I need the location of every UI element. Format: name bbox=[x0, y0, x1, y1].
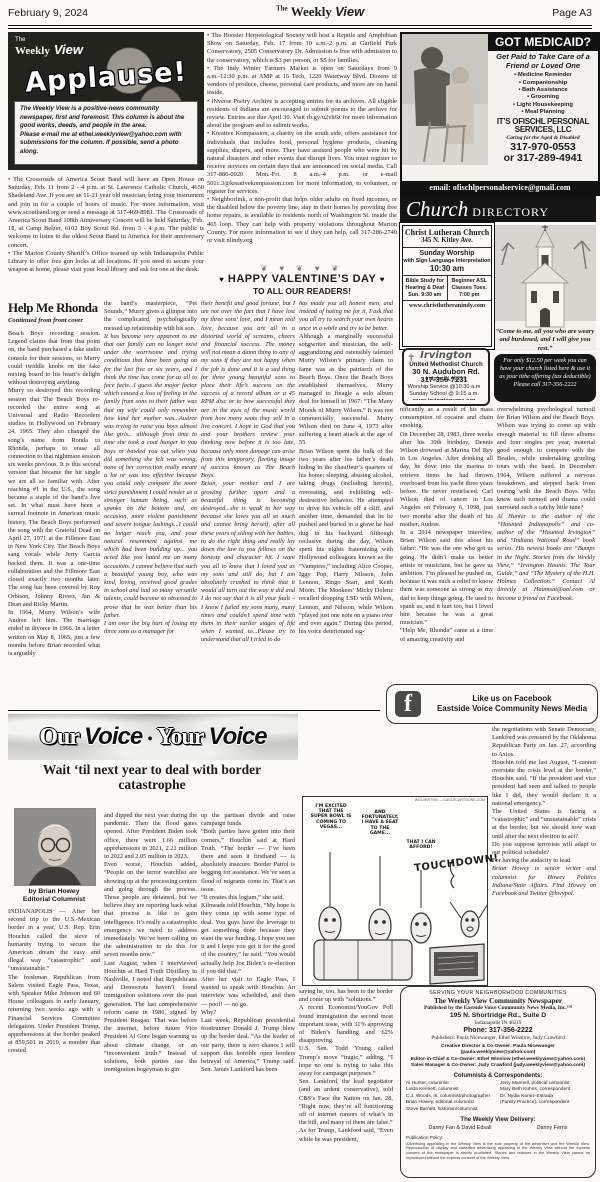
rhonda-col2-letter: It has become very apparent to me that o… bbox=[104, 333, 197, 637]
masthead-published: Published by the Eastside Voice Communit… bbox=[406, 1005, 590, 1012]
church-directory-header: Church DIRECTORY bbox=[400, 196, 596, 222]
columnists-right: Jerry Mannell, political cartoonist Mary… bbox=[500, 1081, 590, 1114]
church-directory: Church DIRECTORY “Come to me, all you wh… bbox=[400, 196, 596, 402]
tithe-ad-box: For only $12.50 per week you can have yo… bbox=[494, 354, 596, 402]
masthead-publishers: Publishers: Paula Nicewanger, Ethel Wins… bbox=[406, 1035, 590, 1042]
masthead-serving: SERVING YOUR NEIGHBORHOOD COMMUNITIES bbox=[406, 990, 590, 997]
masthead-title: The Weekly View bbox=[276, 4, 364, 20]
irvington-extra: 317-356-7231 Worship Service @10:30 a.m … bbox=[402, 348, 486, 400]
masthead-policy-head: Publication Policy: bbox=[406, 1135, 590, 1140]
community-notices: • The Hoosier Herpetological Society wil… bbox=[207, 32, 397, 262]
applause-logo-weekly: Weekly bbox=[15, 45, 50, 57]
irvington-website: www.irvingtonumc.org bbox=[402, 398, 486, 400]
flourish-hearts-icon: ❦ ♥ ❦ ♥ ❦ bbox=[207, 264, 397, 273]
delivery-names-2: Danny Ferris bbox=[537, 1125, 568, 1132]
ad-email: email: ofischlpersonalservice@gmail.com bbox=[402, 181, 598, 194]
howey-col5-body: the negotiations with Senate Democrats, … bbox=[492, 726, 596, 865]
newspaper-page: February 9, 2024 The Weekly View Page A3… bbox=[0, 0, 600, 1182]
church-header-caps: DIRECTORY bbox=[472, 205, 549, 219]
page-number: Page A3 bbox=[552, 7, 592, 19]
masthead-the: The bbox=[276, 5, 288, 13]
columnists-left: Al Hunter, columnist Linda Kennett, colu… bbox=[406, 1081, 496, 1114]
ad-company: IT’S OFISCHL PERSONAL SERVICES, LLC bbox=[490, 118, 596, 135]
scripture-text: “Come to me, all you who are weary and b… bbox=[496, 328, 595, 352]
howey-byline: by Brian Howey Editorial Columnist bbox=[8, 888, 100, 904]
masthead-owners: Creative Director & Co-Owner: Paula Nice… bbox=[406, 1044, 590, 1070]
masthead-delivery-head: The Weekly View Delivery: bbox=[406, 1116, 590, 1125]
masthead-phone: Phone: 317-356-2222 bbox=[406, 1026, 590, 1035]
facebook-box: f Like us on Facebook Eastside Voice Com… bbox=[386, 684, 598, 724]
voice-your: Your bbox=[157, 724, 204, 750]
lutheran-name: Christ Lutheran Church bbox=[403, 228, 491, 237]
facebook-line2: Eastside Voice Community News Media bbox=[427, 704, 597, 714]
facebook-text: Like us on Facebook Eastside Voice Commu… bbox=[427, 694, 597, 714]
facebook-icon: f bbox=[395, 691, 421, 717]
howey-portrait-art bbox=[15, 809, 95, 885]
masthead-columnists: Al Hunter, columnist Linda Kennett, colu… bbox=[406, 1081, 590, 1114]
ad-tagline: Get Paid to Take Care of a Friend or Lov… bbox=[490, 53, 596, 70]
rhonda-col2-intro: the band’s masterpiece, “Pet Sounds,” Mu… bbox=[104, 300, 197, 333]
valentine-title-text: HAPPY VALENTINE’S DAY bbox=[228, 273, 376, 285]
applause-box: The Weekly View Applause! The Weekly Vie… bbox=[8, 32, 204, 170]
editorial-cartoon: WOLVERTON — CAGLECARTOONS.COM I’m excite… bbox=[302, 790, 488, 986]
rhonda-col-3: their benefit and good fortune, but I am… bbox=[201, 300, 295, 702]
howey-signature: Brian Howey is senior writer and columni… bbox=[492, 865, 596, 898]
irvington-worship-time: Worship Service @10:30 a.m bbox=[402, 384, 486, 391]
howey-photo bbox=[14, 808, 96, 886]
howey-col-4: saying he, too, has been to the border a… bbox=[299, 988, 393, 1180]
voice-voice1: Voice bbox=[84, 723, 142, 750]
masthead-policy: Advertising appearing in the Weekly View… bbox=[406, 1142, 590, 1161]
heart-icon: ♥ bbox=[219, 275, 224, 284]
rhonda-continued: Continued from front cover bbox=[8, 317, 102, 324]
valentine-subtitle: TO ALL OUR READERS! bbox=[207, 286, 397, 296]
masthead-address: 195 N. Shortridge Rd., Suite D bbox=[406, 1012, 590, 1020]
applause-items: • The Crossroads of America Scout Band w… bbox=[8, 176, 204, 300]
rhonda-col-6: overwhelming psychological turmoil for B… bbox=[497, 406, 595, 678]
heart-icon: ♥ bbox=[380, 275, 385, 284]
cartoon-bubble-3: That I can afford! bbox=[404, 840, 438, 850]
masthead-view: View bbox=[335, 4, 364, 19]
lutheran-website: www.christlutheranindy.com bbox=[403, 301, 491, 310]
rhonda-col-2: the band’s masterpiece, “Pet Sounds,” Mu… bbox=[104, 300, 197, 702]
rhonda-col-1: Beach Boys recording session. Legend cla… bbox=[8, 330, 100, 702]
valentine-banner: ❦ ♥ ❦ ♥ ❦ ♥ HAPPY VALENTINE’S DAY ♥ TO A… bbox=[207, 264, 397, 302]
lutheran-address: 345 N. Kitley Ave. bbox=[403, 237, 491, 248]
applause-intro: The Weekly View is a positive-news commu… bbox=[14, 101, 198, 165]
section-rule bbox=[8, 710, 380, 711]
caregiver-photo bbox=[402, 34, 488, 181]
irvington-school-time: Sunday School @ 9:15 a.m. bbox=[402, 391, 486, 398]
rhonda-headline: Help Me Rhonda bbox=[8, 300, 102, 315]
lutheran-bible-study: Bible Study for Hearing & Deaf Sun. 9:30… bbox=[403, 276, 448, 300]
caregiver-photo-art bbox=[402, 34, 488, 165]
ad-body: Get Paid to Take Care of a Friend or Lov… bbox=[490, 53, 596, 180]
howey-col-3: up the partisan divide and raise campaig… bbox=[201, 812, 295, 1180]
issue-date: February 9, 2024 bbox=[8, 7, 88, 19]
our-voice-banner: Our Voice • Your Voice bbox=[8, 714, 298, 760]
cartoon-bubble-1: I’m excited that the Super Bowl is comin… bbox=[310, 804, 352, 830]
rhonda-col6-intro: overwhelming psychological turmoil for B… bbox=[497, 406, 595, 513]
rhonda-col6-bio: Al Hunter is the author of the “Haunted … bbox=[497, 513, 595, 603]
facebook-line1: Like us on Facebook bbox=[427, 694, 597, 704]
howey-col-1: INDIANAPOLIS — After her second trip to … bbox=[8, 908, 100, 1180]
irvington-phone: 317-356-7231 bbox=[402, 376, 486, 384]
christ-lutheran-listing: Christ Lutheran Church 345 N. Kitley Ave… bbox=[402, 225, 492, 347]
our-voice-title: Our Voice • Your Voice bbox=[8, 714, 298, 760]
rhonda-col4-body: Although a marginally successful songwri… bbox=[299, 333, 393, 637]
ad-bullets: • Medicine Reminder • Companionship • Ba… bbox=[490, 72, 596, 116]
cartoon-credit: WOLVERTON — CAGLECARTOONS.COM bbox=[415, 798, 485, 802]
ad-phone-2: or 317-289-4941 bbox=[490, 153, 596, 165]
header-rule bbox=[8, 25, 592, 29]
masthead-delivery: Danny Fan & David Edsall Danny Ferris bbox=[406, 1125, 590, 1132]
masthead-columnists-head: Columnists & Correspondents: bbox=[406, 1072, 590, 1081]
cartoon-bubble-2: And fortunately, I have a seat to the ga… bbox=[360, 810, 400, 836]
ad-headline: GOT MEDICAID? bbox=[488, 34, 598, 51]
rhonda-col-4: has made you all honest men, and instead… bbox=[299, 300, 393, 702]
rhonda-col4-letter: has made you all honest men, and instead… bbox=[299, 300, 393, 333]
valentine-title: ♥ HAPPY VALENTINE’S DAY ♥ bbox=[207, 273, 397, 286]
howey-col-2: and dipped the next year during the pand… bbox=[104, 812, 197, 1180]
medicaid-ad: GOT MEDICAID? Get Paid to Take Care of a… bbox=[400, 32, 600, 196]
delivery-names-1: Danny Fan & David Edsall bbox=[429, 1125, 492, 1132]
voice-our: Our bbox=[39, 724, 79, 750]
applause-logo: The Weekly View bbox=[15, 36, 83, 56]
rhonda-col-5: nificantly as a result of his mass consu… bbox=[400, 406, 493, 682]
lutheran-worship: Sunday Worship bbox=[403, 250, 491, 258]
howey-col-5: the negotiations with Senate Democrats, … bbox=[492, 726, 596, 984]
lutheran-classes-row: Bible Study for Hearing & Deaf Sun. 9:30… bbox=[403, 276, 491, 301]
masthead-paper: The Weekly View Community Newspaper bbox=[406, 997, 590, 1005]
voice-dot: • bbox=[147, 731, 152, 748]
lutheran-asl-classes: Beginner ASL Classes Tues. 7:00 pm bbox=[448, 276, 492, 300]
voice-voice2: Voice bbox=[208, 723, 266, 750]
publication-masthead: SERVING YOUR NEIGHBORHOOD COMMUNITIES Th… bbox=[400, 986, 596, 1178]
applause-title: Applause! bbox=[8, 55, 204, 100]
howey-headline: Wait ‘til next year to deal with border … bbox=[8, 762, 296, 792]
lutheran-time: 10:30 am bbox=[403, 264, 491, 276]
masthead-weekly: Weekly bbox=[291, 4, 332, 19]
church-header-script: Church bbox=[406, 197, 468, 221]
applause-logo-view: View bbox=[54, 42, 83, 57]
page-header: February 9, 2024 The Weekly View Page A3 bbox=[8, 4, 592, 22]
